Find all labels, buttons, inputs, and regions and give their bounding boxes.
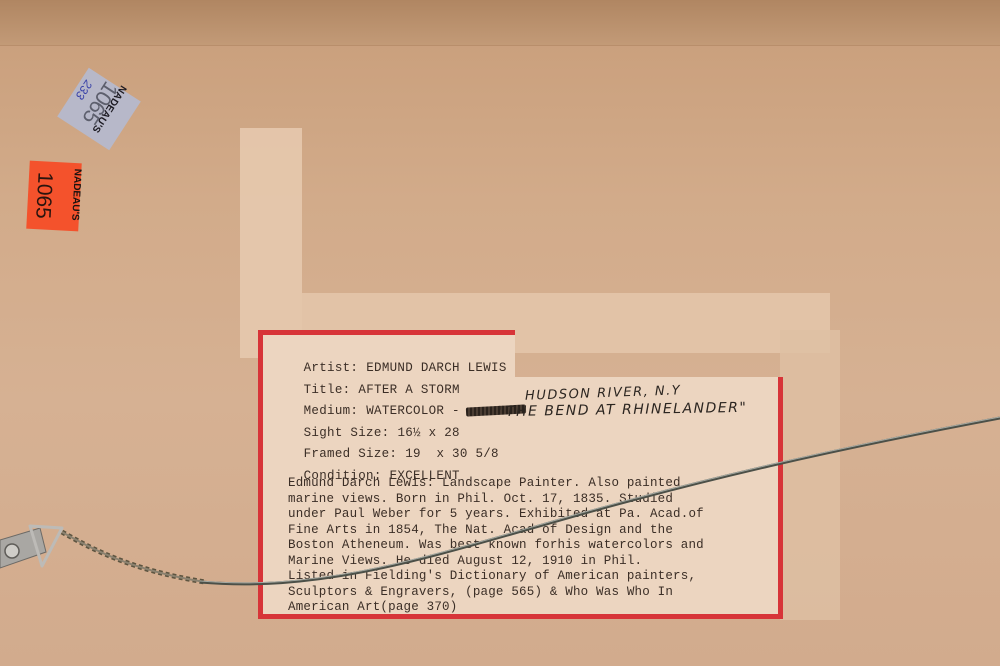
d-ring-hanger-icon [0, 526, 62, 568]
hanging-wire [0, 0, 1000, 666]
